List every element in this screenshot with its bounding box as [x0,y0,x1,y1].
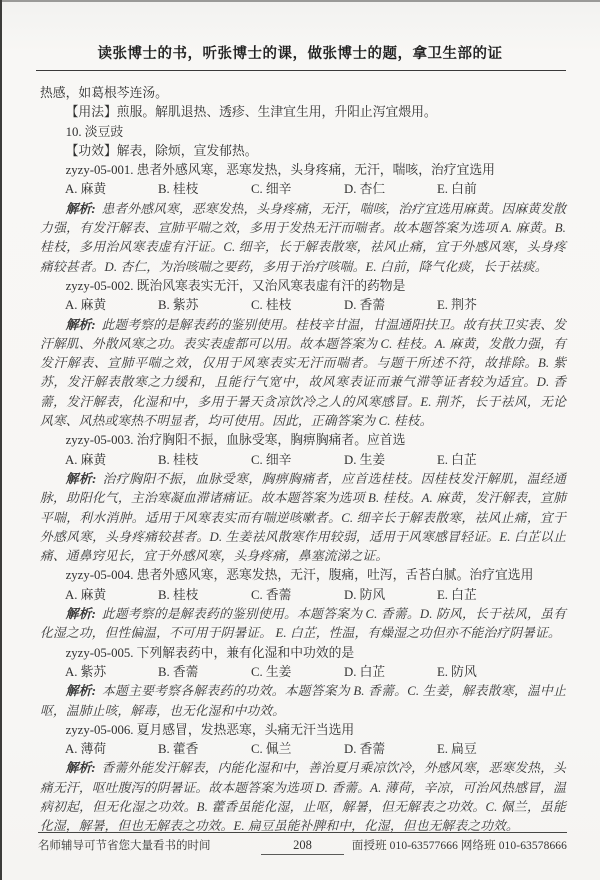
option-e: E. 防风 [437,663,477,682]
analysis-label: 解析: [66,202,96,216]
option-d: D. 防风 [344,586,437,605]
option-b: B. 桂枝 [158,451,251,470]
option-a: A. 麻黄 [65,180,158,199]
options-row: A. 麻黄 B. 桂枝 C. 细辛 D. 杏仁 E. 白前 [40,180,566,199]
option-e: E. 白芷 [437,586,477,605]
footer-contact: 面授班 010-63577666 网络班 010-63578666 [344,837,567,853]
option-c: C. 细辛 [251,451,344,470]
question-stem: zyzy-05-006. 夏月感冒，发热恶寒，头痛无汗当选用 [40,721,566,740]
analysis-label: 解析: [66,318,96,332]
option-b: B. 紫苏 [158,296,251,315]
option-a: A. 麻黄 [65,586,158,605]
question-stem: zyzy-05-005. 下列解表药中，兼有化湿和中功效的是 [40,644,566,663]
option-c: C. 香薷 [251,586,344,605]
analysis-paragraph: 解析:此题考察的是解表药的鉴别使用。桂枝辛甘温，甘温通阳扶卫。故有扶卫实表、发汗… [40,316,566,432]
page-number: 208 [261,838,344,855]
option-b: B. 桂枝 [158,586,251,605]
option-a: A. 麻黄 [65,296,158,315]
option-b: B. 藿香 [158,740,251,759]
options-row: A. 麻黄 B. 紫苏 C. 桂枝 D. 香薷 E. 荆芥 [40,296,566,315]
option-c: C. 桂枝 [251,296,344,315]
options-row: A. 紫苏 B. 香薷 C. 生姜 D. 白芷 E. 防风 [40,663,566,682]
footer-slogan: 名师辅导可节省您大量看书的时间 [38,837,261,853]
option-b: B. 香薷 [158,663,251,682]
option-c: C. 佩兰 [251,740,344,759]
option-c: C. 生姜 [251,663,344,682]
analysis-body: 患者外感风寒，恶寒发热，头身疼痛，无汗，喘咳，治疗宜选用麻黄。因麻黄发散力强，有… [40,202,566,274]
question-stem: zyzy-05-003. 治疗胸阳不振，血脉受寒，胸痹胸痛者。应首选 [40,431,566,450]
question-block-3: zyzy-05-003. 治疗胸阳不振，血脉受寒，胸痹胸痛者。应首选 A. 麻黄… [40,431,566,566]
analysis-label: 解析: [66,607,96,621]
carryover-text: 热感，如葛根芩连汤。 [40,84,566,103]
analysis-paragraph: 解析:患者外感风寒，恶寒发热，头身疼痛，无汗，喘咳，治疗宜选用麻黄。因麻黄发散力… [40,200,566,277]
page-body: 热感，如葛根芩连汤。 【用法】煎服。解肌退热、透疹、生津宜生用，升阳止泻宜煨用。… [40,84,566,837]
option-a: A. 麻黄 [65,451,158,470]
analysis-paragraph: 解析:本题主要考察各解表药的功效。本题答案为 B. 香薷。C. 生姜，解表散寒，… [40,682,566,721]
options-row: A. 麻黄 B. 桂枝 C. 细辛 D. 生姜 E. 白芷 [40,451,566,470]
analysis-paragraph: 解析:治疗胸阳不振，血脉受寒，胸痹胸痛者，应首选桂枝。因桂枝发汗解肌，温经通脉，… [40,470,566,566]
question-block-2: zyzy-05-002. 既治风寒表实无汗，又治风寒表虚有汗的药物是 A. 麻黄… [40,277,566,431]
options-row: A. 薄荷 B. 藿香 C. 佩兰 D. 香薷 E. 扁豆 [40,740,566,759]
analysis-body: 此题考察的是解表药的鉴别使用。桂枝辛甘温，甘温通阳扶卫。故有扶卫实表、发汗解肌、… [40,318,566,428]
options-row: A. 麻黄 B. 桂枝 C. 香薷 D. 防风 E. 白芷 [40,586,566,605]
usage-line: 【用法】煎服。解肌退热、透疹、生津宜生用，升阳止泻宜煨用。 [40,103,566,122]
analysis-body: 本题主要考察各解表药的功效。本题答案为 B. 香薷。C. 生姜，解表散寒，温中止… [40,684,566,717]
option-d: D. 杏仁 [344,180,437,199]
option-a: A. 紫苏 [65,663,158,682]
option-e: E. 白芷 [437,451,477,470]
page-header: 读张博士的书，听张博士的课，做张博士的题，拿卫生部的证 [0,0,600,71]
option-a: A. 薄荷 [65,740,158,759]
option-c: C. 细辛 [251,180,344,199]
item-heading: 10. 淡豆豉 [40,123,566,142]
scan-edge-left [0,0,2,880]
question-stem: zyzy-05-004. 患者外感风寒，恶寒发热，无汗，腹痛，吐泻，舌苔白腻。治… [40,566,566,585]
analysis-paragraph: 解析:此题考察的是解表药的鉴别使用。本题答案为 C. 香薷。D. 防风，长于祛风… [40,605,566,644]
question-block-5: zyzy-05-005. 下列解表药中，兼有化湿和中功效的是 A. 紫苏 B. … [40,644,566,721]
option-d: D. 白芷 [344,663,437,682]
effect-line: 【功效】解表，除烦，宣发郁热。 [40,142,566,161]
option-e: E. 白前 [437,180,477,199]
scan-edge-top [0,0,600,2]
question-block-1: zyzy-05-001. 患者外感风寒，恶寒发热，头身疼痛，无汗，喘咳，治疗宜选… [40,161,566,277]
option-e: E. 扁豆 [437,740,477,759]
question-block-6: zyzy-05-006. 夏月感冒，发热恶寒，头痛无汗当选用 A. 薄荷 B. … [40,721,566,837]
analysis-label: 解析: [66,684,96,698]
analysis-body: 治疗胸阳不振，血脉受寒，胸痹胸痛者，应首选桂枝。因桂枝发汗解肌，温经通脉，助阳化… [40,472,566,563]
header-slogan: 读张博士的书，听张博士的课，做张博士的题，拿卫生部的证 [0,42,600,63]
analysis-body: 香薷外能发汗解表，内能化湿和中，善治夏月乘凉饮冷，外感风寒，恶寒发热，头痛无汗，… [40,761,566,833]
option-b: B. 桂枝 [158,180,251,199]
question-stem: zyzy-05-002. 既治风寒表实无汗，又治风寒表虚有汗的药物是 [40,277,566,296]
question-stem: zyzy-05-001. 患者外感风寒，恶寒发热，头身疼痛，无汗，喘咳，治疗宜选… [40,161,566,180]
analysis-body: 此题考察的是解表药的鉴别使用。本题答案为 C. 香薷。D. 防风，长于祛风，虽有… [40,607,566,640]
analysis-paragraph: 解析:香薷外能发汗解表，内能化湿和中，善治夏月乘凉饮冷，外感风寒，恶寒发热，头痛… [40,759,566,836]
analysis-label: 解析: [66,761,96,775]
option-d: D. 香薷 [344,740,437,759]
question-block-4: zyzy-05-004. 患者外感风寒，恶寒发热，无汗，腹痛，吐泻，舌苔白腻。治… [40,566,566,643]
header-rule [36,70,566,71]
option-d: D. 生姜 [344,451,437,470]
page-footer: 名师辅导可节省您大量看书的时间 208 面授班 010-63577666 网络班… [38,832,567,855]
analysis-label: 解析: [66,472,97,486]
option-e: E. 荆芥 [437,296,477,315]
scanned-page: 读张博士的书，听张博士的课，做张博士的题，拿卫生部的证 热感，如葛根芩连汤。 【… [0,0,600,880]
option-d: D. 香薷 [344,296,437,315]
